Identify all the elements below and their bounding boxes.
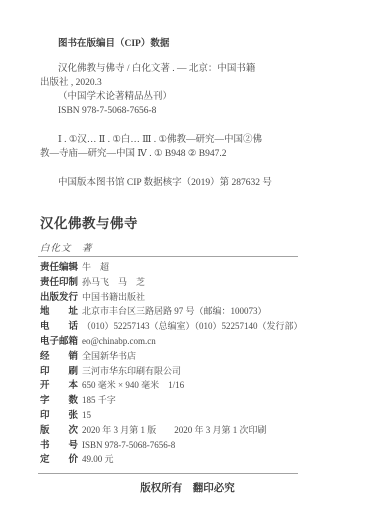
- cip-classification-line2: 教—寺庙—研究—中国 Ⅳ . ① B948 ② B947.2: [40, 147, 302, 161]
- divider-bottom: [38, 473, 298, 474]
- cip-header: 图书在版编目（CIP）数据: [40, 37, 302, 51]
- colophon-table: 责任编辑牛 超 责任印制孙马飞 马 芝 出版发行中国书籍出版社 地 址北京市丰台…: [40, 260, 350, 467]
- colophon-value: 孙马飞 马 芝: [82, 277, 145, 287]
- colophon-row-print-supervisor: 责任印制孙马飞 马 芝: [40, 275, 350, 290]
- colophon-label: 字 数: [40, 394, 78, 409]
- colophon-value: 北京市丰台区三路居路 97 号（邮编：100073）: [82, 306, 267, 316]
- colophon-label: 印 张: [40, 409, 78, 424]
- colophon-row-email: 电子邮箱eo@chinabp.com.cn: [40, 334, 350, 349]
- colophon-value: 牛 超: [82, 262, 109, 272]
- colophon-label: 书 号: [40, 439, 78, 454]
- cip-record-number: 中国版本图书馆 CIP 数据核字（2019）第 287632 号: [40, 176, 302, 190]
- colophon-row-isbn: 书 号ISBN 978-7-5068-7656-8: [40, 438, 350, 453]
- colophon-label: 电 话: [40, 320, 78, 335]
- colophon-label: 责任印制: [40, 276, 78, 291]
- colophon-row-address: 地 址北京市丰台区三路居路 97 号（邮编：100073）: [40, 304, 350, 319]
- colophon-row-sheets: 印 张15: [40, 408, 350, 423]
- colophon-label: 出版发行: [40, 291, 78, 306]
- cip-isbn: ISBN 978-7-5068-7656-8: [40, 104, 302, 118]
- colophon-value: 185 千字: [82, 395, 116, 405]
- colophon-value: ISBN 978-7-5068-7656-8: [82, 440, 175, 450]
- colophon-row-publisher: 出版发行中国书籍出版社: [40, 290, 350, 305]
- copyright-notice: 版权所有 翻印必究: [0, 480, 375, 495]
- colophon-value: 650 毫米 × 940 毫米 1/16: [82, 380, 184, 390]
- book-copyright-page: 图书在版编目（CIP）数据 汉化佛教与佛寺 / 白化文著 . — 北京：中国书籍…: [0, 0, 375, 529]
- colophon-value: 2020 年 3 月第 1 版 2020 年 3 月第 1 次印刷: [82, 425, 267, 435]
- cip-series: （中国学术论著精品丛刊）: [40, 90, 302, 104]
- cip-classification-line1: Ⅰ . ①汉… Ⅱ . ①白… Ⅲ . ①佛教—研究—中国②佛: [40, 133, 302, 147]
- colophon-label: 经 销: [40, 350, 78, 365]
- colophon-value: eo@chinabp.com.cn: [82, 336, 156, 346]
- colophon-label: 印 刷: [40, 365, 78, 380]
- colophon-row-editor: 责任编辑牛 超: [40, 260, 350, 275]
- colophon-row-format: 开 本650 毫米 × 940 毫米 1/16: [40, 378, 350, 393]
- colophon-row-distributor: 经 销全国新华书店: [40, 349, 350, 364]
- divider-top: [38, 256, 298, 257]
- colophon-value: 中国书籍出版社: [82, 292, 145, 302]
- colophon-row-phone: 电 话（010）52257143（总编室）（010）52257140（发行部）: [40, 319, 350, 334]
- colophon-value: 全国新华书店: [82, 351, 136, 361]
- colophon-label: 地 址: [40, 305, 78, 320]
- colophon-row-printer: 印 刷三河市华东印刷有限公司: [40, 364, 350, 379]
- colophon-label: 责任编辑: [40, 261, 78, 276]
- colophon-label: 定 价: [40, 453, 78, 468]
- colophon-label: 电子邮箱: [40, 335, 78, 350]
- colophon-row-price: 定 价49.00 元: [40, 452, 350, 467]
- colophon-label: 版 次: [40, 424, 78, 439]
- cip-record-line1: 汉化佛教与佛寺 / 白化文著 . — 北京：中国书籍: [40, 62, 302, 76]
- colophon-label: 开 本: [40, 379, 78, 394]
- colophon-value: 49.00 元: [82, 454, 114, 464]
- book-title: 汉化佛教与佛寺: [40, 212, 138, 232]
- book-author: 白化文 著: [40, 240, 93, 254]
- colophon-row-edition: 版 次2020 年 3 月第 1 版 2020 年 3 月第 1 次印刷: [40, 423, 350, 438]
- colophon-value: 15: [82, 410, 91, 420]
- cip-record-line2: 出版社 , 2020.3: [40, 76, 302, 90]
- colophon-value: 三河市华东印刷有限公司: [82, 366, 181, 376]
- colophon-row-word-count: 字 数185 千字: [40, 393, 350, 408]
- colophon-value: （010）52257143（总编室）（010）52257140（发行部）: [82, 321, 303, 331]
- cip-block: 图书在版编目（CIP）数据 汉化佛教与佛寺 / 白化文著 . — 北京：中国书籍…: [40, 37, 302, 190]
